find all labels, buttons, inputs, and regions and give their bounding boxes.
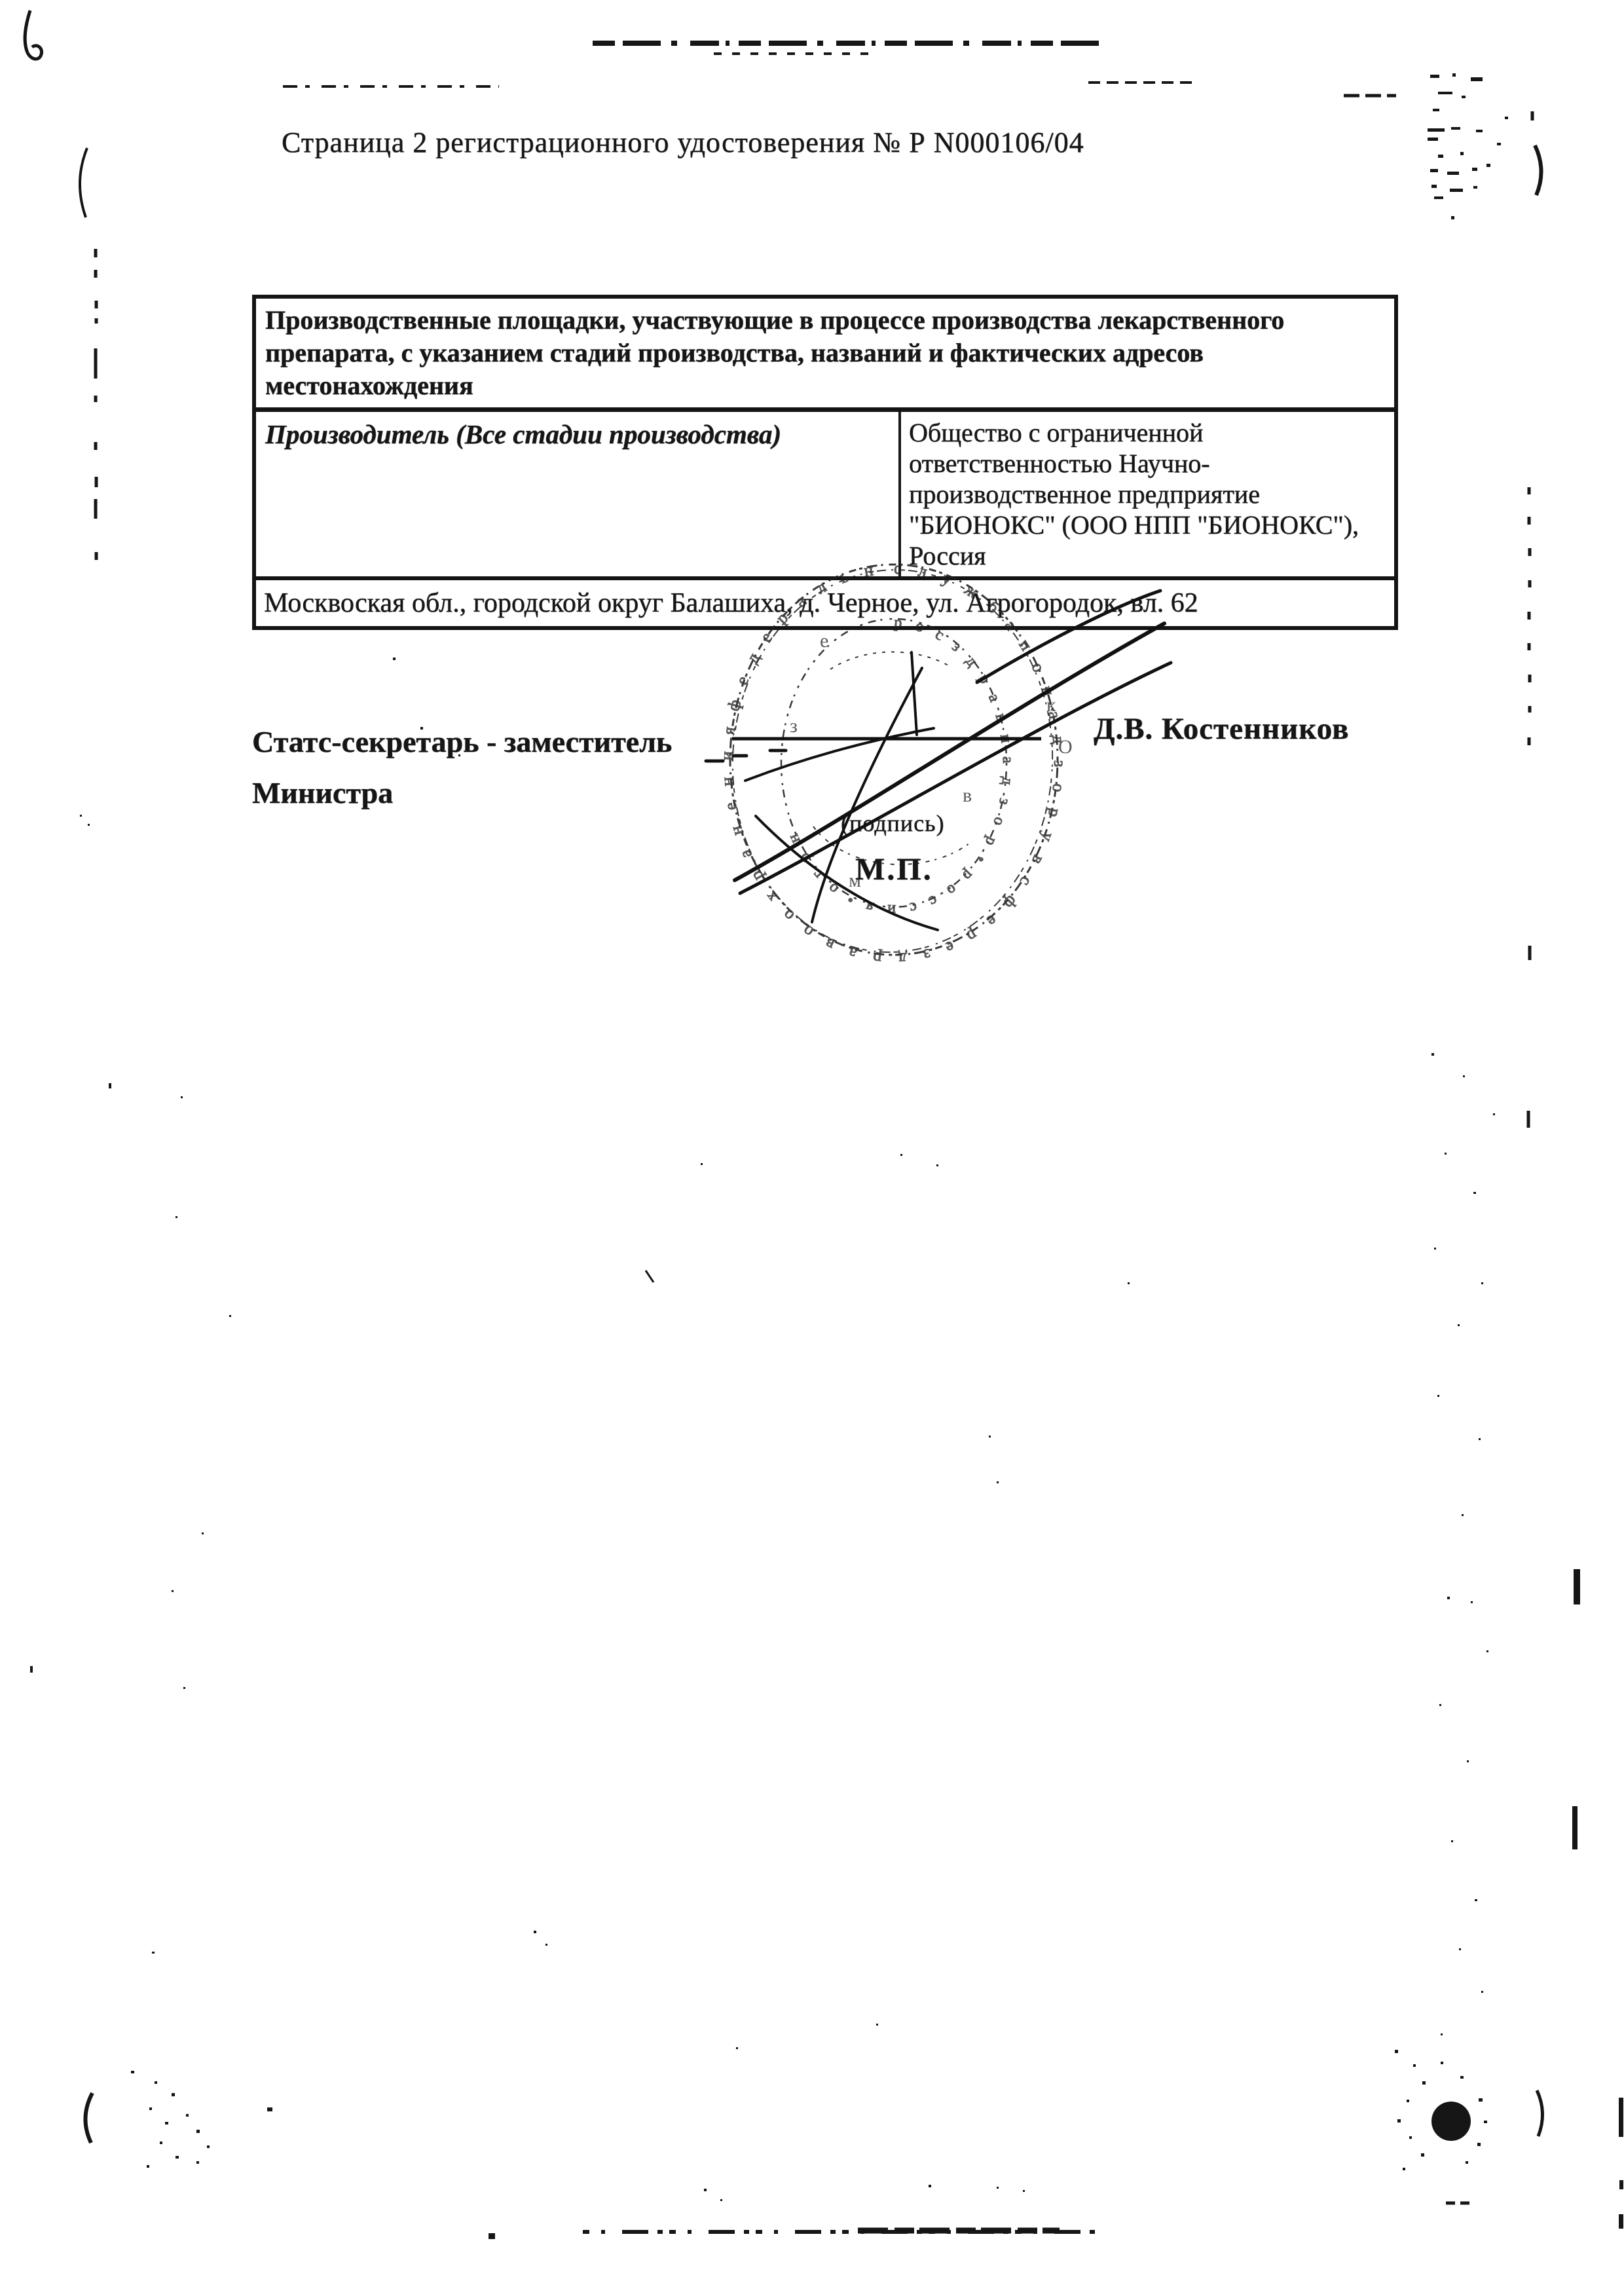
svg-text:к: к	[1046, 694, 1056, 716]
signatory-name: Д.В. Костенников	[1094, 711, 1349, 747]
producer-role-cell: Производитель (Все стадии производства)	[256, 412, 901, 576]
production-sites-table: Производственные площадки, участвующие в…	[252, 295, 1398, 630]
address-cell: Москвоская обл., городской округ Балаших…	[256, 580, 1394, 626]
svg-text:в: в	[963, 785, 972, 806]
table-header-cell: Производственные площадки, участвующие в…	[256, 299, 1394, 412]
svg-text:з: з	[790, 715, 798, 737]
page-title: Страница 2 регистрационного удостоверени…	[282, 126, 1342, 159]
table-row: Производитель (Все стадии производства) …	[256, 412, 1394, 580]
signature-scribble-icon	[706, 591, 1171, 930]
signatory-title: Статс-секретарь - заместитель Министра	[252, 716, 672, 819]
producer-organization-cell: Общество с ограниченной ответственностью…	[901, 412, 1394, 576]
seal-mark-label: М.П.	[855, 851, 933, 887]
scanned-document-page: Страница 2 регистрационного удостоверени…	[0, 0, 1624, 2281]
svg-text:О: О	[1058, 736, 1073, 758]
signature-caption: (подпись)	[841, 809, 944, 837]
svg-text:е: е	[820, 630, 828, 652]
